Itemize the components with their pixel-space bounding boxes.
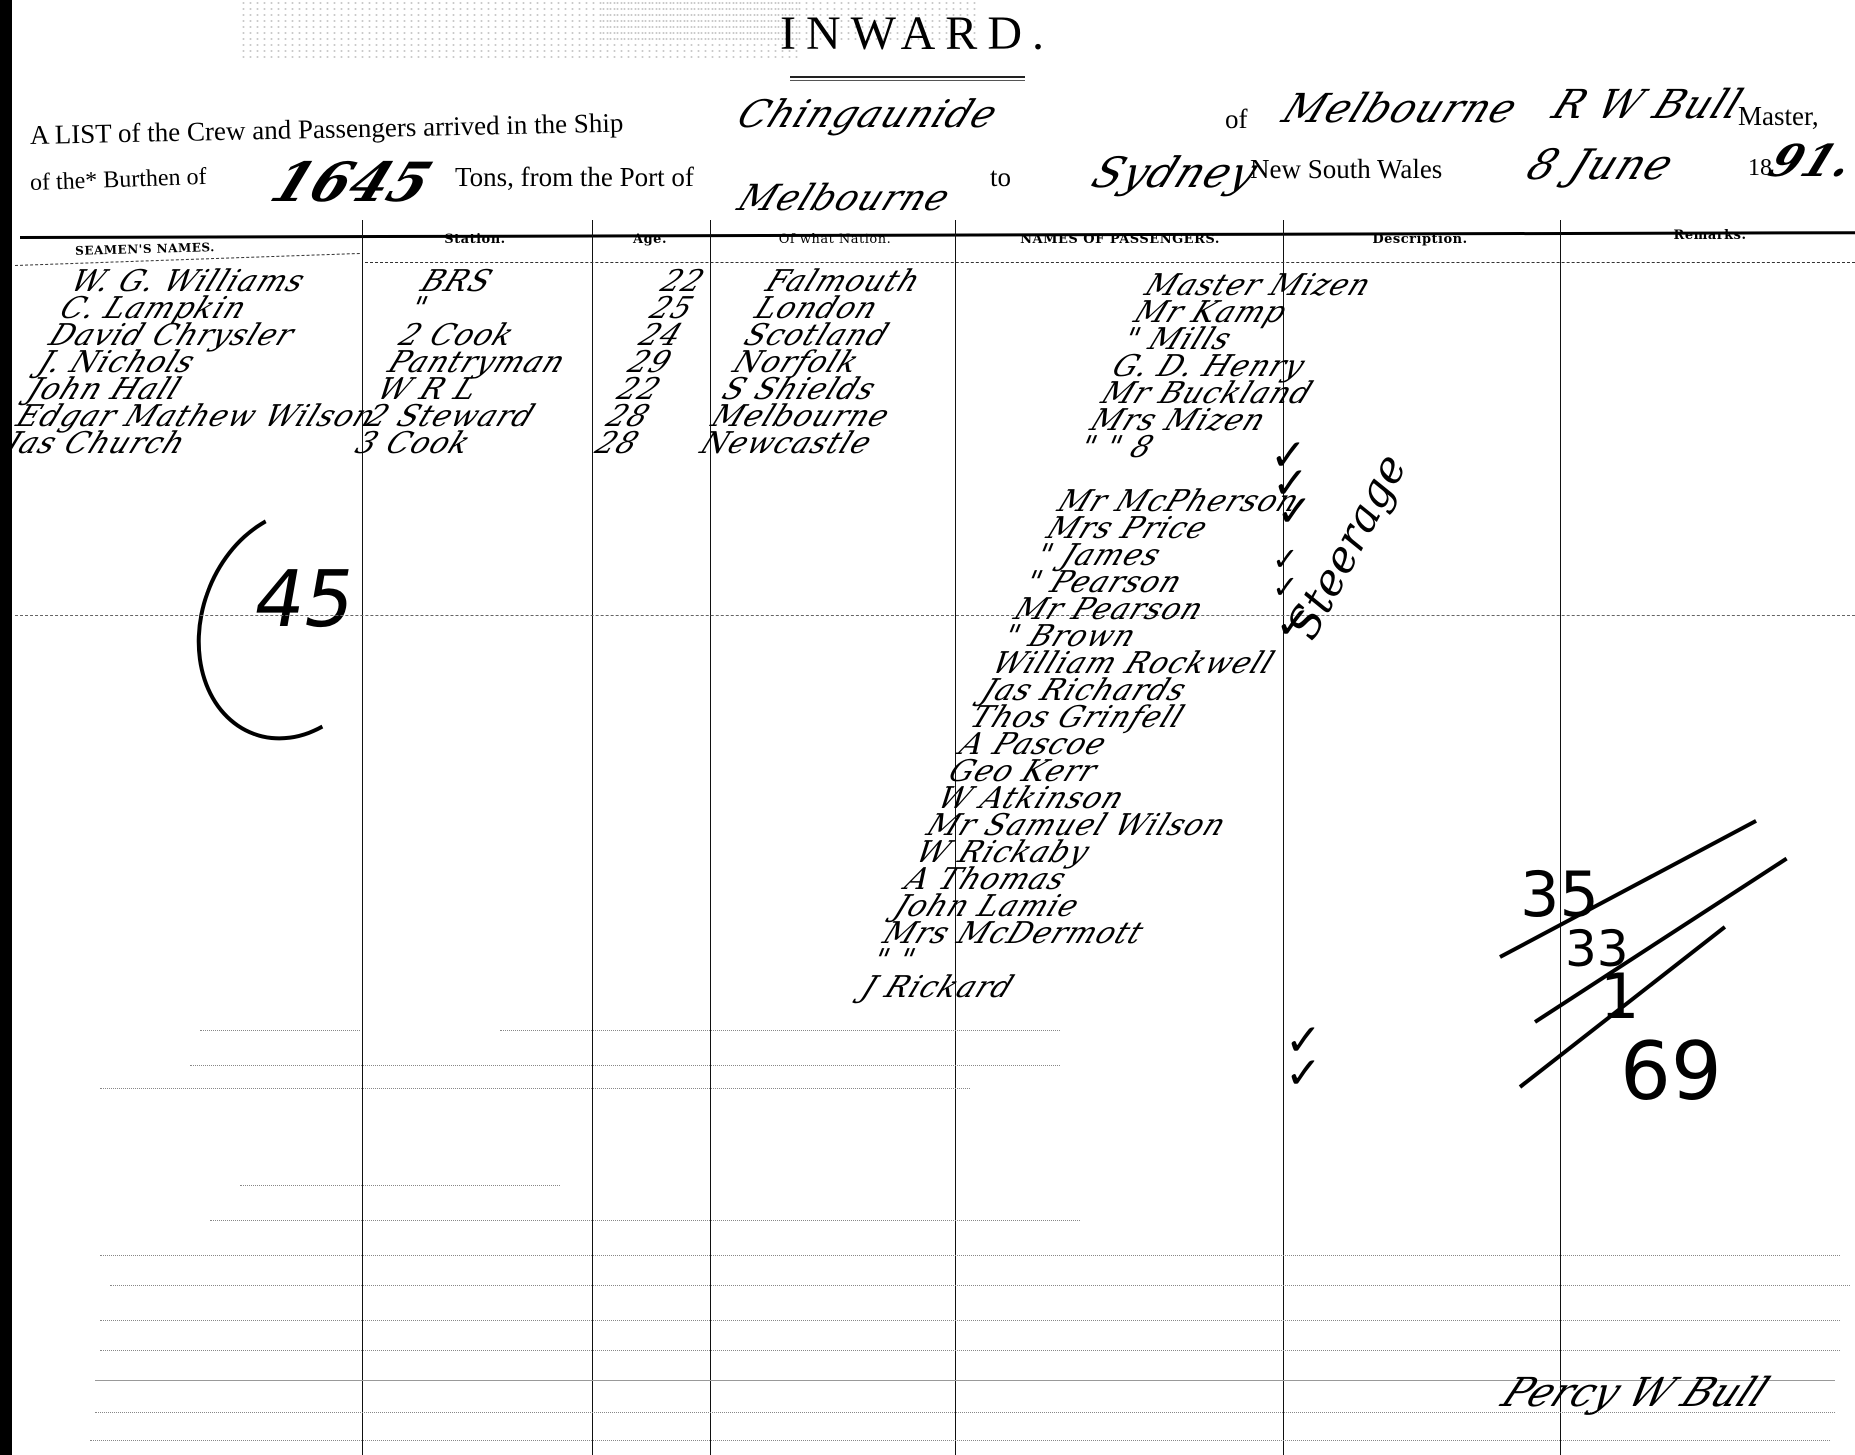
tons-from-port-label: Tons, from the Port of [455, 162, 694, 193]
ruled-line [100, 1255, 1840, 1256]
column-divider [592, 220, 593, 1455]
ruled-line [90, 1440, 1830, 1441]
home-port: Melbourne [1276, 86, 1525, 132]
ruled-line [210, 1220, 1080, 1221]
year-handwritten: 91. [1762, 136, 1855, 187]
destination-port: Sydney [1085, 148, 1266, 197]
region-label: New South Wales [1250, 154, 1442, 185]
ruled-line [100, 1320, 1840, 1321]
check-icon: ✓ [1285, 1048, 1322, 1099]
burthen-label: of the* Burthen of [30, 164, 207, 197]
header-underline [365, 262, 1855, 263]
col-header-age: Age. [620, 232, 680, 247]
col-header-passengers: NAMES OF PASSENGERS. [995, 232, 1245, 247]
ruled-line [100, 1350, 1840, 1351]
passenger-name: " " 8 [1076, 434, 1383, 461]
passenger-name: J Rickard [858, 974, 1165, 1001]
tonnage-value: 1645 [262, 150, 442, 214]
nation-list: Falmouth London Scotland Norfolk S Shiel… [697, 268, 948, 457]
officer-signature: Percy W Bull [1494, 1370, 1776, 1416]
title-underline [790, 76, 1025, 81]
passenger-name: Mrs McDermott [880, 920, 1187, 947]
ruled-line [500, 1030, 1060, 1031]
master-label: Master, [1738, 101, 1819, 132]
age-list: 22 25 24 29 22 28 28 [592, 268, 709, 457]
ship-name: Chingaunide [731, 92, 1005, 136]
ruled-line [240, 1185, 560, 1186]
from-port: Melbourne [732, 178, 957, 219]
column-divider [710, 220, 711, 1455]
seaman-name: Jas Church [2, 430, 369, 457]
arrival-date: 8 June [1520, 140, 1682, 189]
to-label: to [990, 162, 1011, 193]
ruled-line [200, 1030, 360, 1031]
document-title: INWARD. [780, 6, 1054, 61]
col-header-seamen: SEAMEN'S NAMES. [45, 239, 245, 258]
col-header-station: Station. [420, 232, 530, 247]
crew-total-value: 45 [247, 555, 362, 645]
age-value: 28 [592, 430, 643, 457]
scan-edge [0, 0, 12, 1455]
station-value: 3 Cook [352, 430, 537, 457]
col-header-nation: Of what Nation. [725, 232, 945, 247]
passenger-names-list: Master Mizen Mr Kamp " Mills G. D. Henry… [858, 272, 1449, 1001]
ruled-line [100, 1088, 970, 1089]
master-name: R W Bull [1546, 82, 1750, 128]
nation-value: Newcastle [697, 430, 883, 457]
tally-total: 69 [1620, 1025, 1722, 1118]
header-list-label: A LIST of the Crew and Passengers arrive… [30, 108, 624, 151]
station-value: BRS [417, 268, 602, 295]
col-header-description: Description. [1340, 232, 1500, 247]
header-of-label: of [1225, 104, 1248, 135]
ruled-line [110, 1285, 1850, 1286]
row-separator [15, 615, 1855, 616]
check-icon: ✓ [1276, 486, 1313, 537]
column-divider [1560, 220, 1561, 1455]
ruled-line [190, 1065, 1060, 1066]
col-header-remarks: Remarks. [1630, 228, 1790, 243]
